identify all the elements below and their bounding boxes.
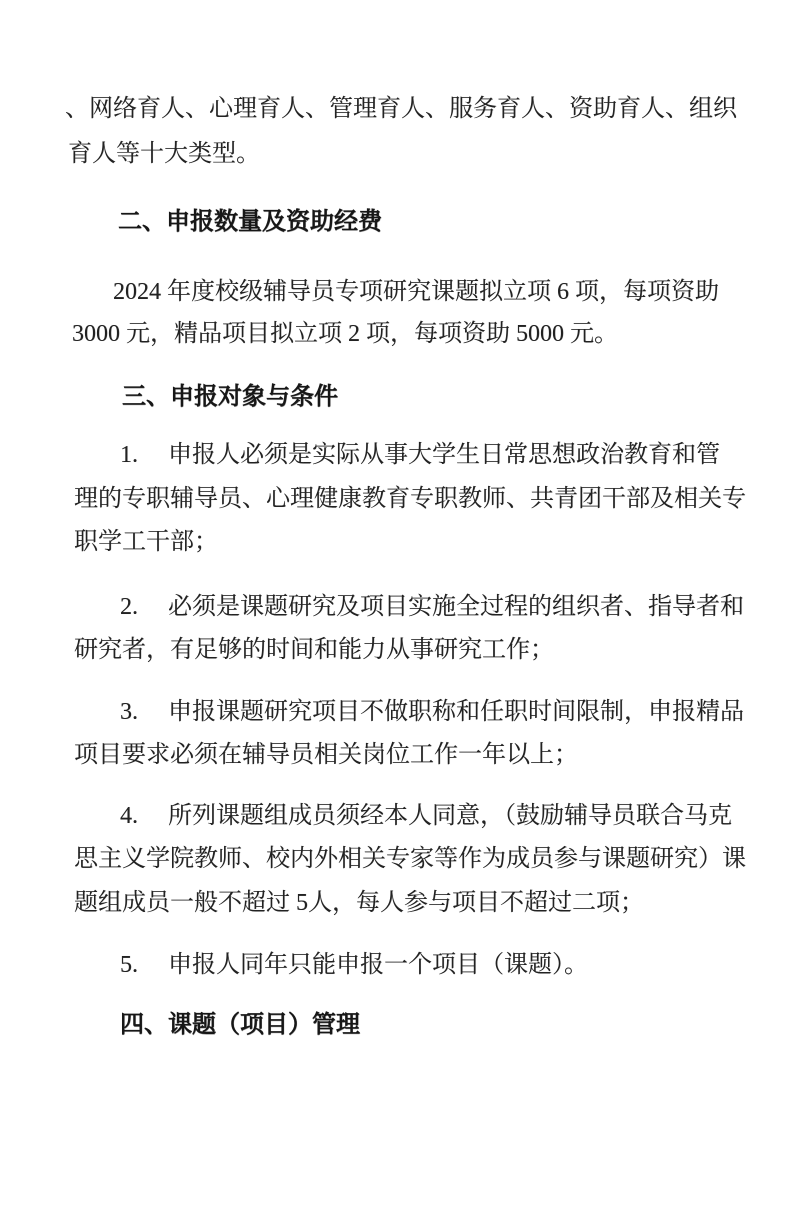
intro-tail-line-2: 育人等十大类型。: [68, 139, 260, 169]
section-3-item-4-line-1: 4. 所列课题组成员须经本人同意，（鼓励辅导员联合马克: [120, 801, 732, 831]
section-3-item-1-line-2: 理的专职辅导员、心理健康教育专职教师、共青团干部及相关专: [74, 484, 746, 514]
section-3-item-1-line-3: 职学工干部；: [74, 527, 218, 557]
intro-tail-line-1: 、网络育人、心理育人、管理育人、服务育人、资助育人、组织: [65, 94, 737, 124]
section-2-paragraph-line-2: 3000 元，精品项目拟立项 2 项，每项资助 5000 元。: [72, 319, 618, 349]
section-4-heading: 四、课题（项目）管理: [120, 1010, 360, 1040]
section-3-item-3-line-1: 3. 申报课题研究项目不做职称和任职时间限制，申报精品: [120, 697, 744, 727]
document-page: 、网络育人、心理育人、管理育人、服务育人、资助育人、组织 育人等十大类型。 二、…: [0, 0, 806, 1225]
section-2-heading: 二、申报数量及资助经费: [118, 207, 382, 237]
section-2-paragraph-line-1: 2024 年度校级辅导员专项研究课题拟立项 6 项，每项资助: [113, 277, 719, 307]
section-3-item-4-line-3: 题组成员一般不超过 5人，每人参与项目不超过二项；: [74, 888, 644, 918]
section-3-heading: 三、申报对象与条件: [122, 382, 338, 412]
section-3-item-5-line-1: 5. 申报人同年只能申报一个项目（课题）。: [120, 950, 588, 980]
section-3-item-2-line-1: 2. 必须是课题研究及项目实施全过程的组织者、指导者和: [120, 592, 744, 622]
section-3-item-1-line-1: 1. 申报人必须是实际从事大学生日常思想政治教育和管: [120, 440, 720, 470]
section-3-item-2-line-2: 研究者，有足够的时间和能力从事研究工作；: [74, 635, 554, 665]
section-3-item-4-line-2: 思主义学院教师、校内外相关专家等作为成员参与课题研究）课: [74, 844, 746, 874]
section-3-item-3-line-2: 项目要求必须在辅导员相关岗位工作一年以上；: [74, 740, 578, 770]
